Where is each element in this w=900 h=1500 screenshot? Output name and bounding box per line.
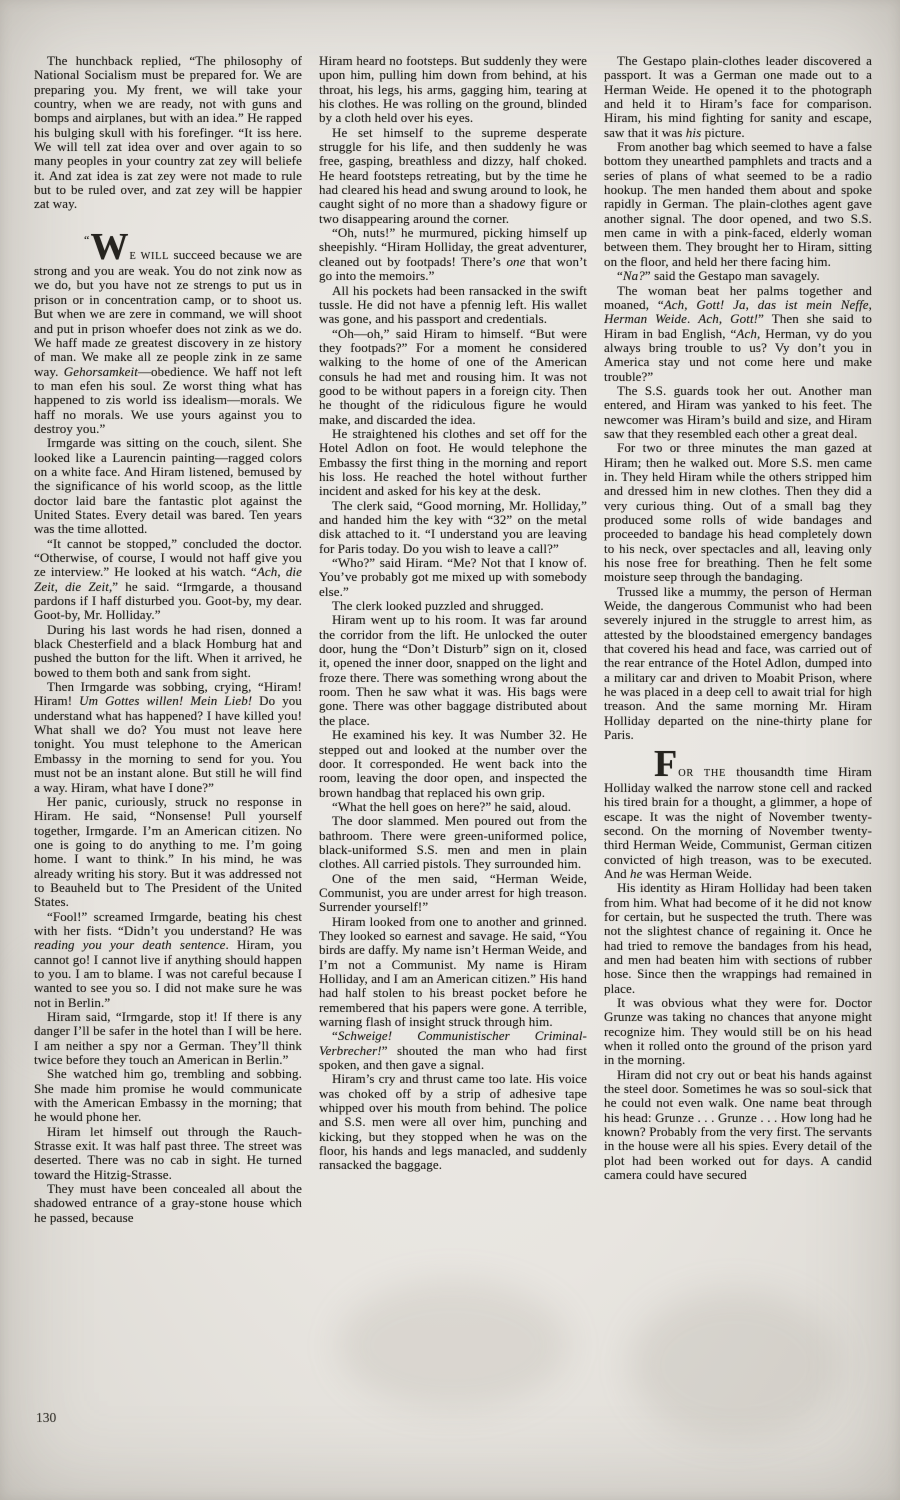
paragraph: Hiram said, “Irmgarde, stop it! If there…	[34, 1010, 302, 1067]
paragraph: For two or three minutes the man gazed a…	[604, 441, 872, 584]
paragraph: They must have been concealed all about …	[34, 1182, 302, 1225]
paragraph: Hiram went up to his room. It was far ar…	[319, 613, 587, 728]
paragraph: The Gestapo plain-clothes leader discove…	[604, 54, 872, 140]
paragraph: “Oh—oh,” said Hiram to himself. “But wer…	[319, 327, 587, 427]
paragraph: During his last words he had risen, donn…	[34, 623, 302, 680]
paragraph: Her panic, curiously, struck no response…	[34, 795, 302, 910]
paragraph: From another bag which seemed to have a …	[604, 140, 872, 269]
magazine-page: The hunchback replied, “The philosophy o…	[0, 0, 900, 1500]
small-caps-lead: E WILL	[129, 251, 169, 262]
paragraph: She watched him go, trembling and sobbin…	[34, 1067, 302, 1124]
paragraph: The S.S. guards took her out. Another ma…	[604, 384, 872, 441]
paragraph: Hiram heard no footsteps. But suddenly t…	[319, 54, 587, 126]
drop-cap: W	[90, 226, 129, 268]
paragraph: “What the hell goes on here?” he said, a…	[319, 800, 587, 814]
text-columns: The hunchback replied, “The philosophy o…	[34, 54, 872, 1436]
lead-quote: “	[84, 233, 89, 247]
paragraph: “Who?” said Hiram. “Me? Not that I know …	[319, 556, 587, 599]
paragraph: One of the men said, “Herman Weide, Comm…	[319, 872, 587, 915]
paragraph: The clerk said, “Good morning, Mr. Holli…	[319, 499, 587, 556]
paragraph: All his pockets had been ransacked in th…	[319, 284, 587, 327]
text-column-1: The hunchback replied, “The philosophy o…	[34, 54, 302, 1436]
paragraph: The hunchback replied, “The philosophy o…	[34, 54, 302, 212]
paragraph: He examined his key. It was Number 32. H…	[319, 728, 587, 800]
drop-cap: F	[654, 743, 678, 785]
paragraph: The clerk looked puzzled and shrugged.	[319, 599, 587, 613]
paragraph: Trussed like a mummy, the person of Herm…	[604, 585, 872, 743]
paragraph: His identity as Hiram Holliday had been …	[604, 881, 872, 996]
paragraph: FOR THE thousandth time Hiram Holliday w…	[604, 764, 872, 882]
paragraph: Hiram looked from one to another and gri…	[319, 915, 587, 1030]
page-number: 130	[36, 1410, 56, 1426]
paragraph: “WE WILL succeed because we are strong a…	[34, 233, 302, 436]
paragraph: Then Irmgarde was sobbing, crying, “Hira…	[34, 680, 302, 795]
paragraph: The woman beat her palms together and mo…	[604, 284, 872, 384]
paragraph: Irmgarde was sitting on the couch, silen…	[34, 436, 302, 536]
paragraph: Hiram did not cry out or beat his hands …	[604, 1068, 872, 1183]
paragraph: He set himself to the supreme desperate …	[319, 126, 587, 226]
paragraph: Hiram let himself out through the Rauch-…	[34, 1125, 302, 1182]
paragraph: “It cannot be stopped,” concluded the do…	[34, 537, 302, 623]
text-column-3: The Gestapo plain-clothes leader discove…	[604, 54, 872, 1436]
paragraph: Hiram’s cry and thrust came too late. Hi…	[319, 1072, 587, 1172]
small-caps-lead: OR THE	[678, 768, 726, 779]
paragraph: The door slammed. Men poured out from th…	[319, 814, 587, 871]
paragraph: It was obvious what they were for. Docto…	[604, 996, 872, 1068]
paragraph: “Schweige! Communistischer Criminal-Verb…	[319, 1029, 587, 1072]
paragraph: “Fool!” screamed Irmgarde, beating his c…	[34, 910, 302, 1010]
text-column-2: Hiram heard no footsteps. But suddenly t…	[319, 54, 587, 1436]
paragraph: “Na?” said the Gestapo man savagely.	[604, 269, 872, 283]
paragraph: He straightened his clothes and set off …	[319, 427, 587, 499]
paragraph: “Oh, nuts!” he murmured, picking himself…	[319, 226, 587, 283]
